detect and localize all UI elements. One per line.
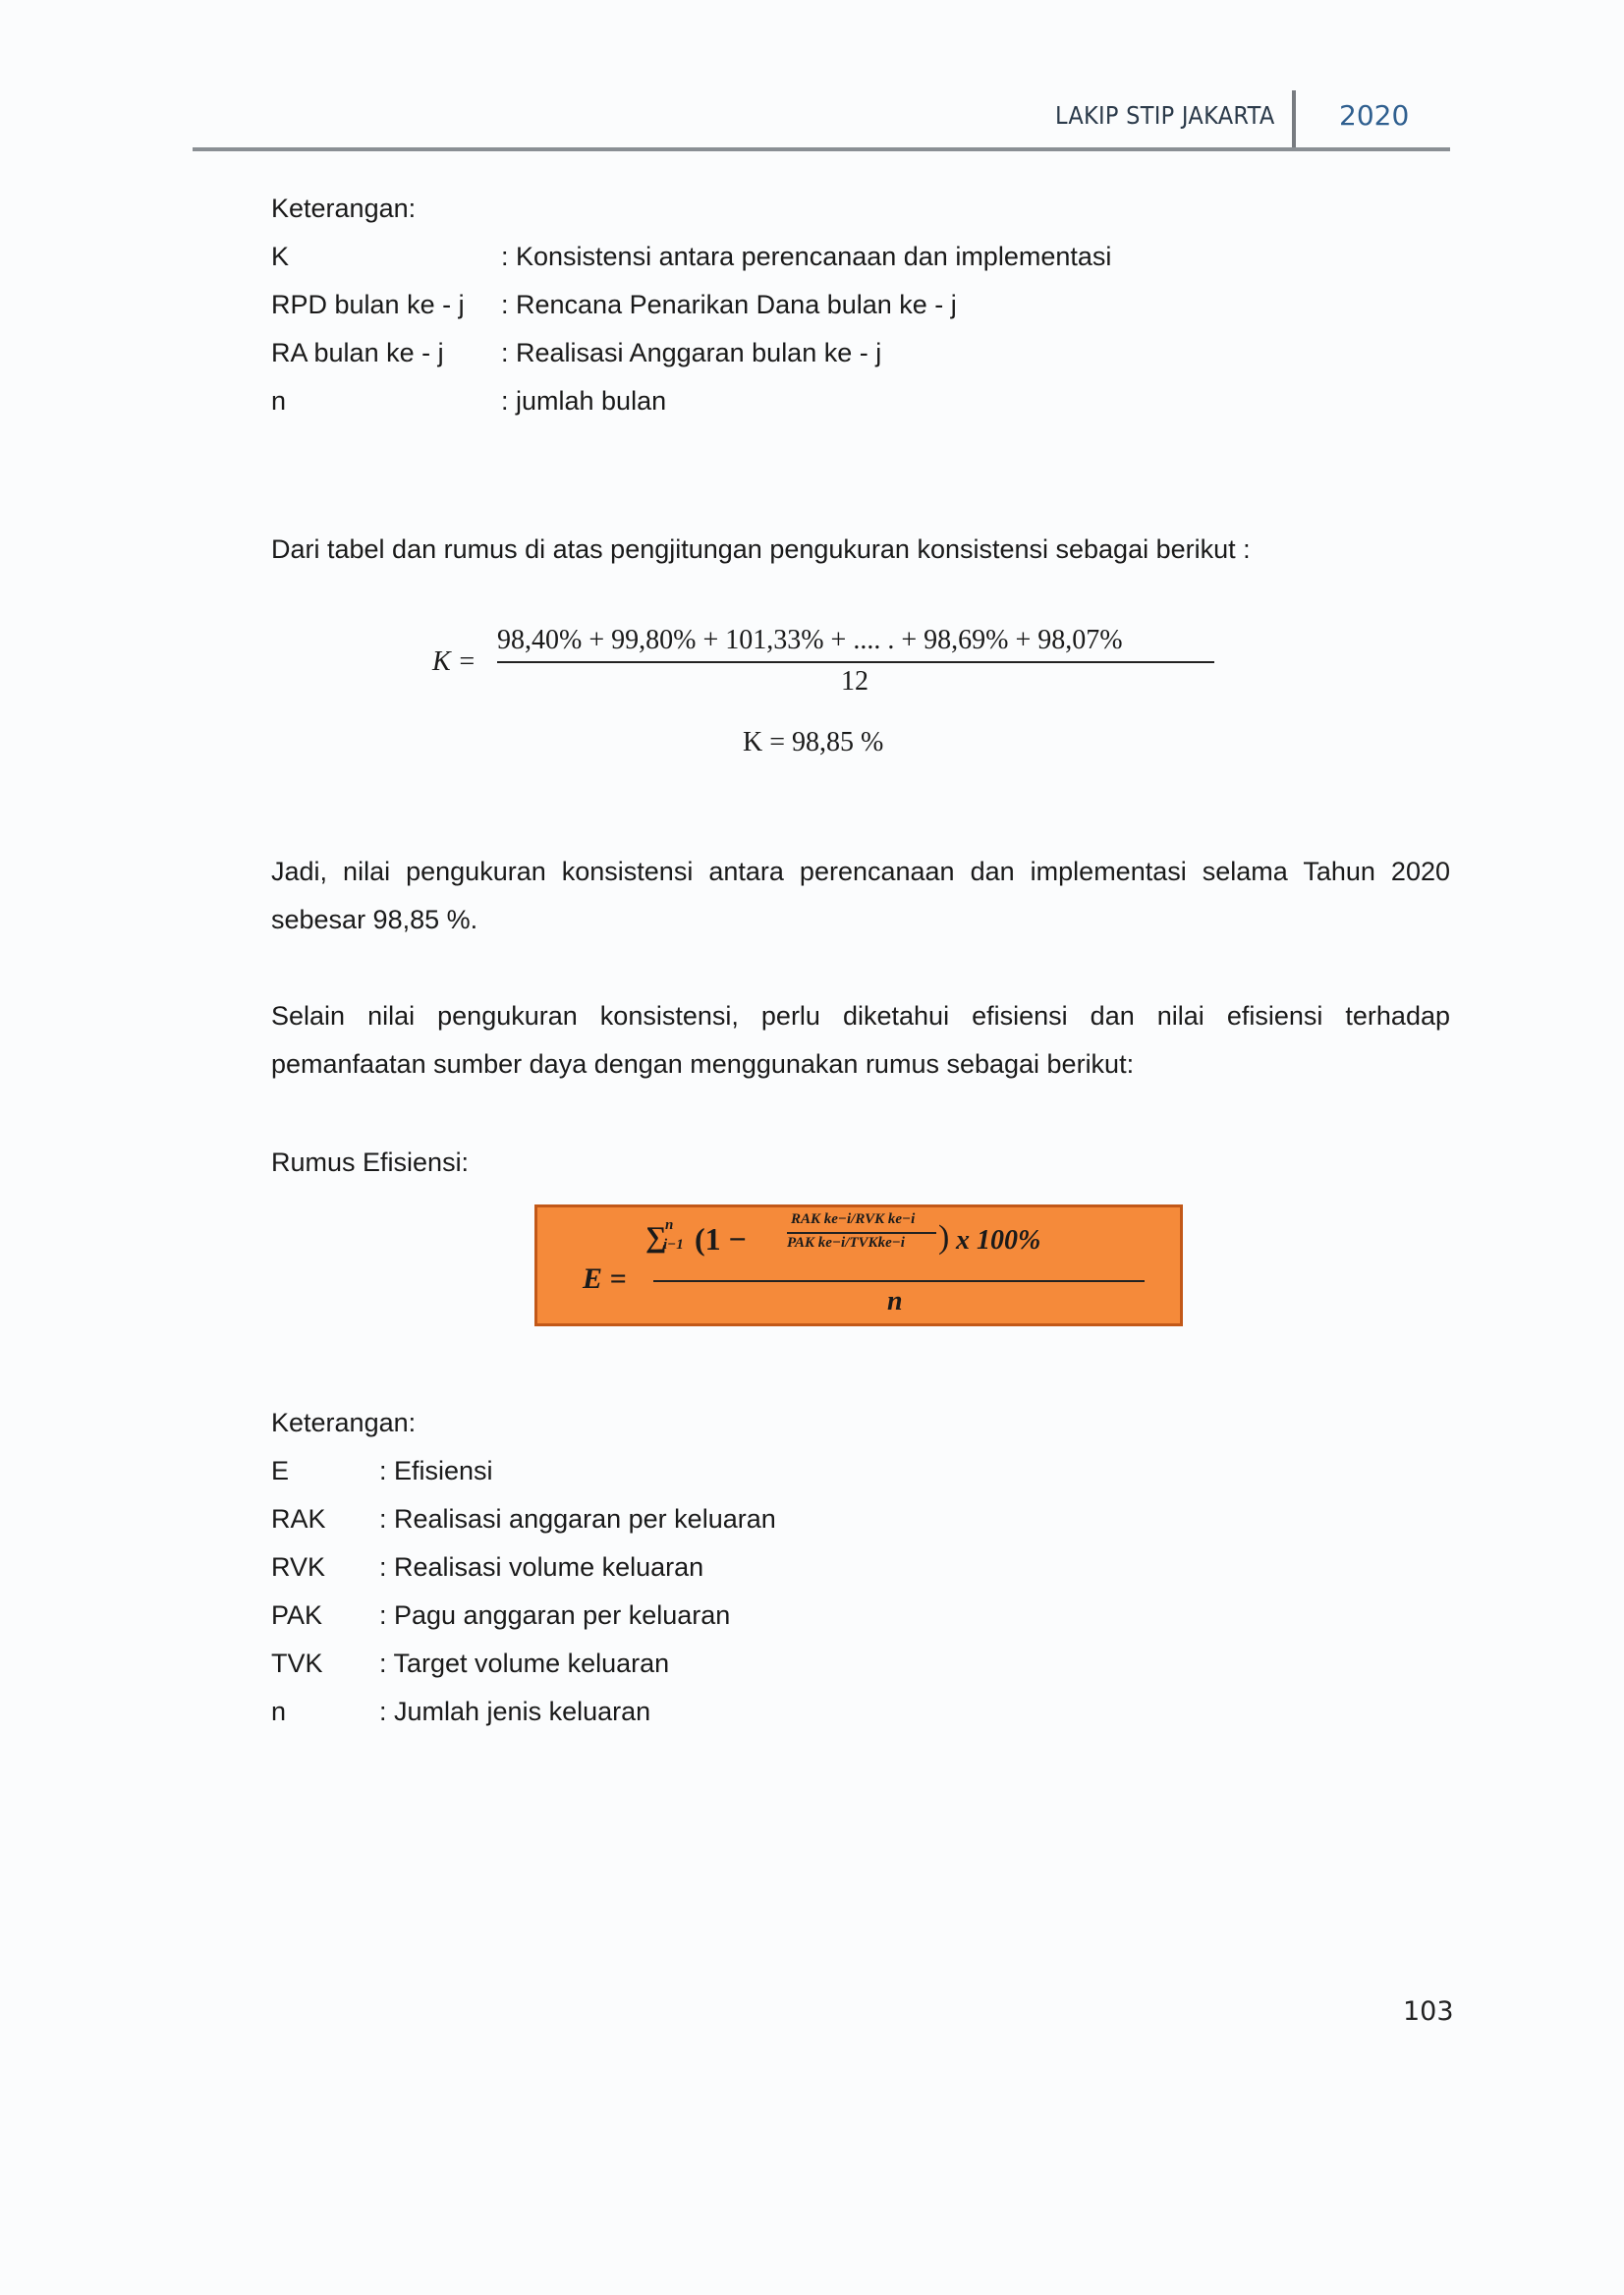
legend2-def: : Efisiensi [379,1456,493,1486]
fraction-bar [497,661,1214,663]
formula-k-numerator: 98,40% + 99,80% + 101,33% + .... . + 98,… [497,625,1123,656]
legend1-def: : Realisasi Anggaran bulan ke - j [501,338,881,368]
inner-denominator: PAK ke−i/TVKke−i [787,1235,905,1252]
header-title: LAKIP STIP JAKARTA [1055,101,1275,130]
legend1-term: K [271,242,289,272]
header-rule [193,147,1450,151]
legend1-term: n [271,386,286,417]
legend2-term: n [271,1697,286,1727]
inner-fraction-bar [787,1232,936,1234]
formula-e-lhs: E = [583,1262,627,1296]
header-separator [1292,90,1296,151]
legend1-def: : Rencana Penarikan Dana bulan ke - j [501,290,957,320]
efficiency-formula-box: E = ∑ n i−1 (1 − RAK ke−i/RVK ke−i PAK k… [534,1204,1183,1326]
formula-e-open: (1 − [695,1221,747,1258]
formula-e-denominator: n [887,1286,903,1317]
formula-k-result: K = 98,85 % [743,727,883,758]
page-number: 103 [1403,1996,1454,2027]
formula-e-multiplier: x 100% [956,1225,1040,1257]
legend2-def: : Target volume keluaran [379,1649,669,1679]
formula-e-label: Rumus Efisiensi: [271,1147,469,1178]
legend2-heading: Keterangan: [271,1408,416,1438]
legend1-def: : jumlah bulan [501,386,666,417]
formula-e-close: ) [938,1219,949,1257]
legend1-term: RPD bulan ke - j [271,290,465,320]
legend2-term: RAK [271,1504,326,1535]
legend1-def: : Konsistensi antara perencanaan dan imp… [501,242,1111,272]
legend2-def: : Pagu anggaran per keluaran [379,1600,730,1631]
formula-k-denominator: 12 [841,666,868,698]
legend2-term: PAK [271,1600,322,1631]
calc-intro: Dari tabel dan rumus di atas pengjitunga… [271,534,1251,565]
legend2-term: RVK [271,1552,325,1583]
inner-numerator: RAK ke−i/RVK ke−i [791,1211,915,1228]
legend2-def: : Realisasi volume keluaran [379,1552,703,1583]
fraction-bar [653,1280,1145,1282]
legend2-def: : Realisasi anggaran per keluaran [379,1504,776,1535]
conclusion-paragraph: Jadi, nilai pengukuran konsistensi antar… [271,848,1450,944]
legend2-def: : Jumlah jenis keluaran [379,1697,650,1727]
legend1-term: RA bulan ke - j [271,338,444,368]
formula-k-lhs: K = [432,646,476,678]
legend1-heading: Keterangan: [271,194,416,224]
legend2-term: TVK [271,1649,323,1679]
legend2-term: E [271,1456,289,1486]
sum-subscript: i−1 [663,1237,684,1254]
efficiency-intro-paragraph: Selain nilai pengukuran konsistensi, per… [271,992,1450,1089]
header-year: 2020 [1339,99,1409,132]
sum-superscript: n [665,1217,673,1234]
